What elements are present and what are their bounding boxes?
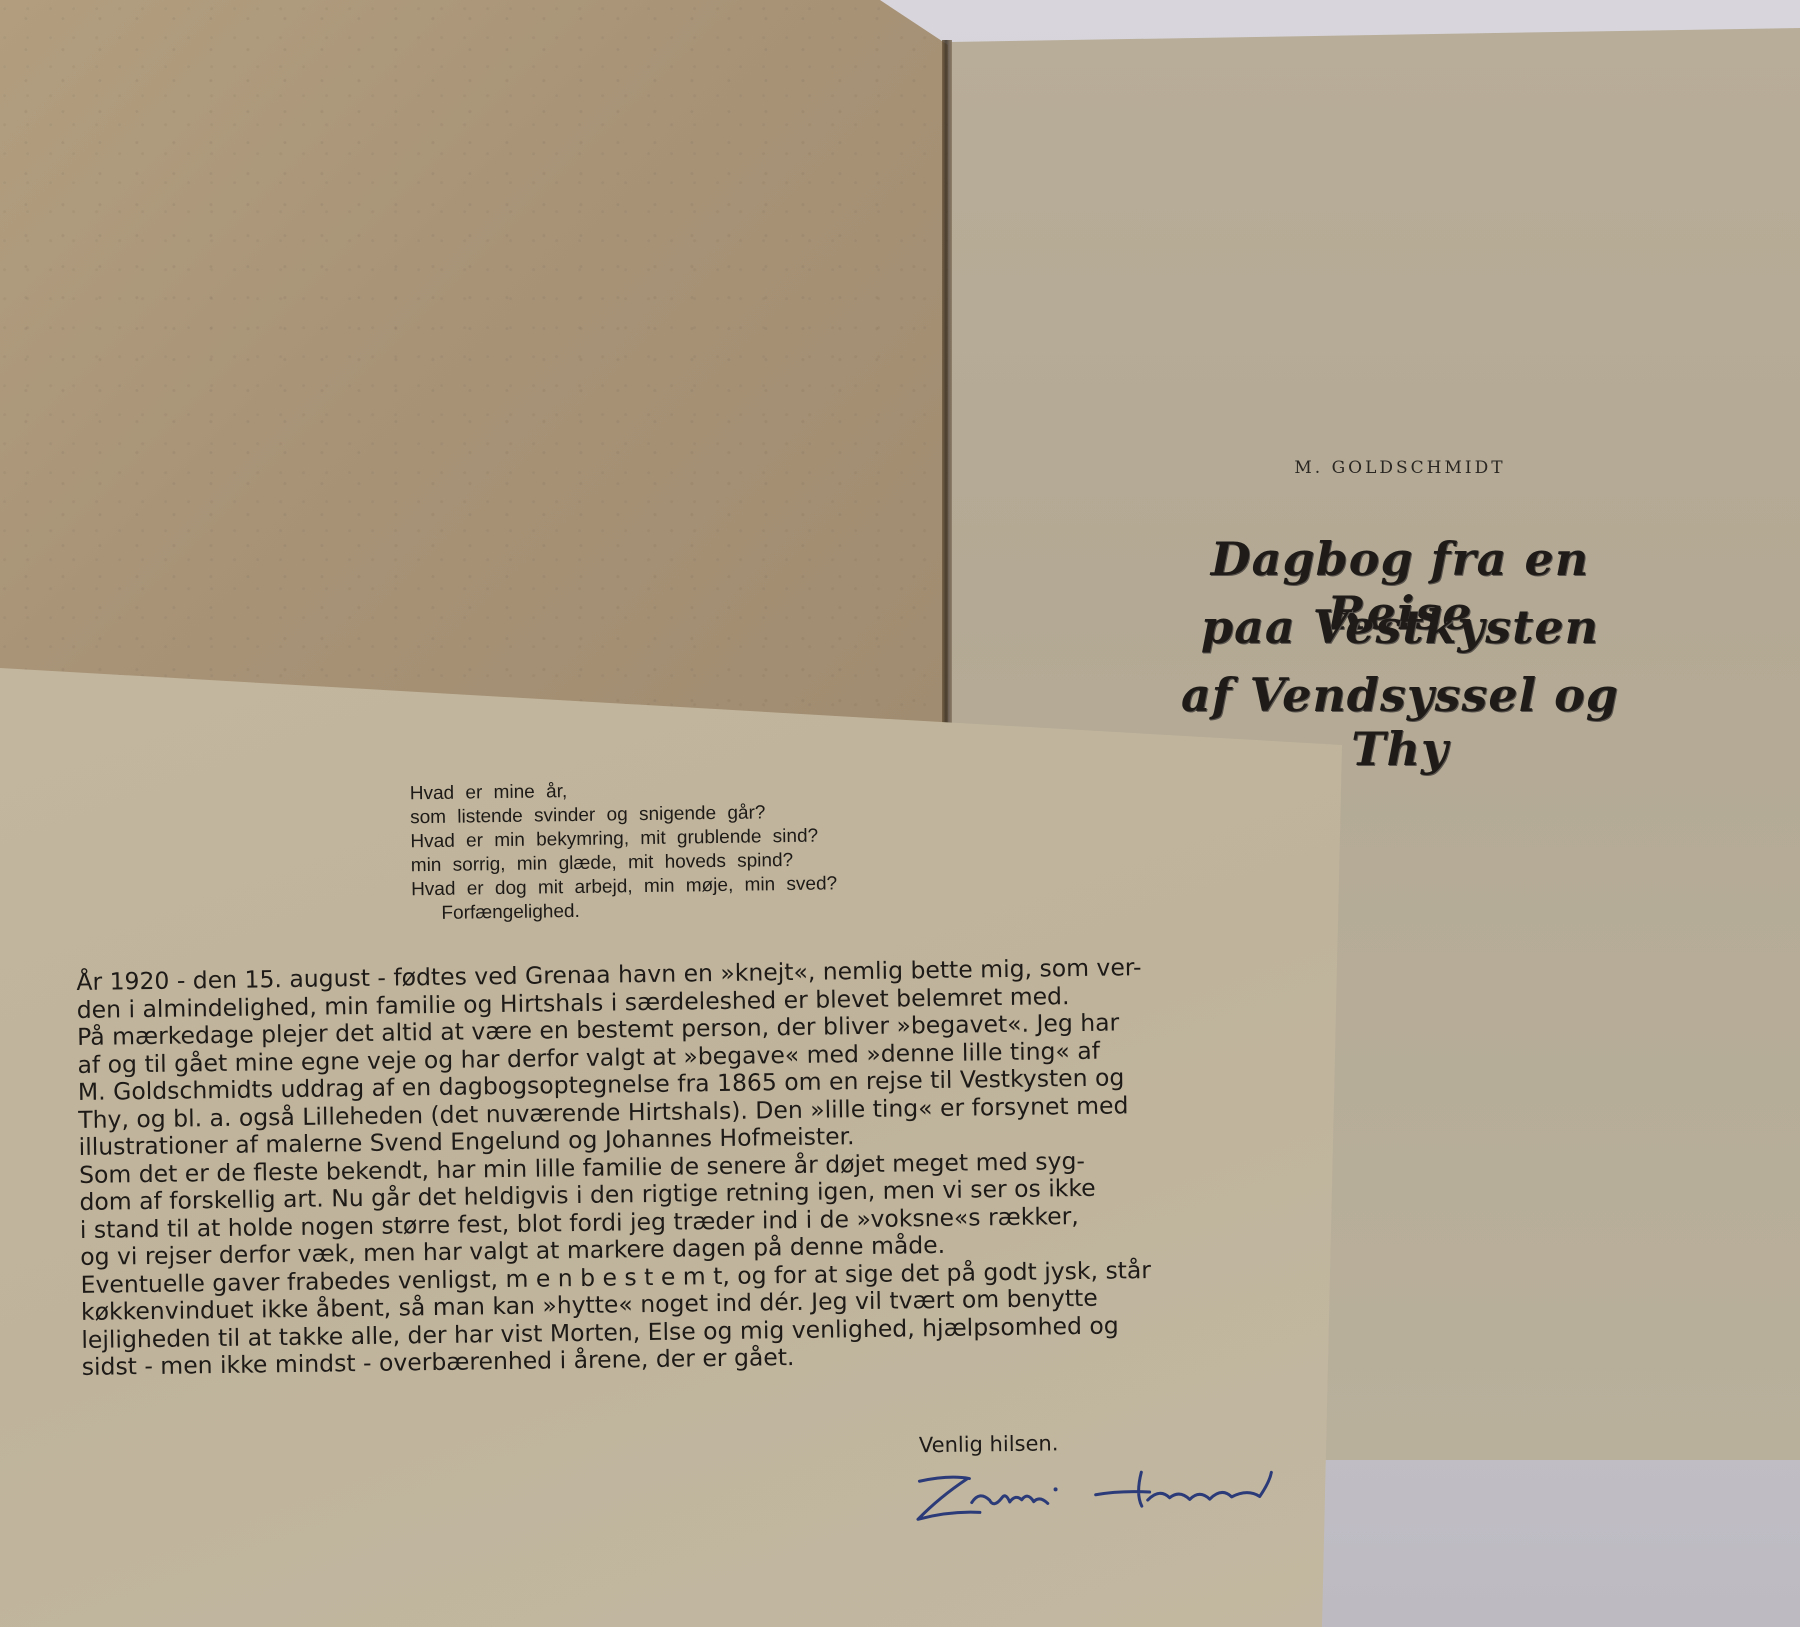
letter-body: År 1920 - den 15. august - fødtes ved Gr…: [76, 953, 1232, 1382]
poem: Hvad er mine år, som listende svinder og…: [410, 776, 838, 926]
closing-salutation: Venlig hilsen.: [919, 1431, 1059, 1457]
endpaper-left-page: [0, 0, 948, 740]
author-name: M. GOLDSCHMIDT: [1285, 458, 1515, 478]
greeting-card: Hvad er mine år, som listende svinder og…: [0, 668, 1342, 1627]
handwritten-signature: [909, 1462, 1290, 1527]
poem-line: Forfængelighed.: [411, 896, 837, 926]
book-title-line-2: paa Vestkysten: [1140, 600, 1660, 654]
